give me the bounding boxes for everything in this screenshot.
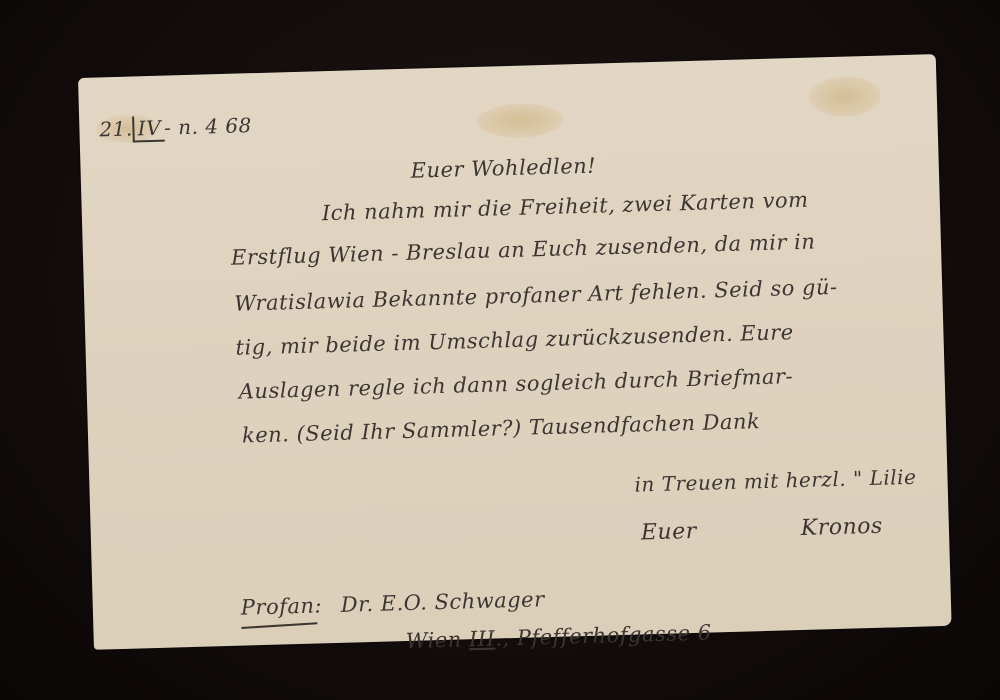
postcard-date: 21.IV- n. 4 68	[99, 113, 252, 141]
address-street: Wien III., Pfefferhofgasse 6	[406, 621, 712, 654]
address-label-underline	[241, 622, 317, 629]
body-line: Ich nahm mir die Freiheit, zwei Karten v…	[322, 188, 809, 226]
address-name: Dr. E.O. Schwager	[340, 587, 544, 617]
signature-name: Kronos	[801, 514, 884, 541]
body-line: Auslagen regle ich dann sogleich durch B…	[238, 364, 793, 403]
body-line: tig, mir beide im Umschlag zurückzusende…	[235, 320, 794, 360]
salutation: Euer Wohledlen!	[410, 154, 596, 183]
body-line: Wratislawia Bekannte profaner Art fehlen…	[234, 275, 838, 316]
address-district: III	[469, 627, 496, 652]
adhesive-stain	[477, 102, 564, 138]
signature-euer: Euer	[641, 519, 697, 546]
address-label: Profan:	[241, 593, 323, 619]
date-month: IV	[132, 116, 164, 143]
date-rest: - n. 4 68	[164, 113, 252, 139]
postcard: 21.IV- n. 4 68 Euer Wohledlen! Ich nahm …	[78, 54, 952, 650]
date-day: 21.	[99, 116, 133, 141]
address-label-text: Profan:	[241, 593, 323, 619]
address-city: Wien	[406, 628, 463, 654]
address-street-name: ., Pfefferhofgasse 6	[495, 621, 712, 651]
body-line: Erstflug Wien - Breslau an Euch zusenden…	[231, 229, 816, 269]
body-line: ken. (Seid Ihr Sammler?) Tausendfachen D…	[242, 409, 761, 447]
closing: in Treuen mit herzl. " Lilie	[634, 465, 916, 497]
adhesive-stain	[808, 76, 881, 118]
